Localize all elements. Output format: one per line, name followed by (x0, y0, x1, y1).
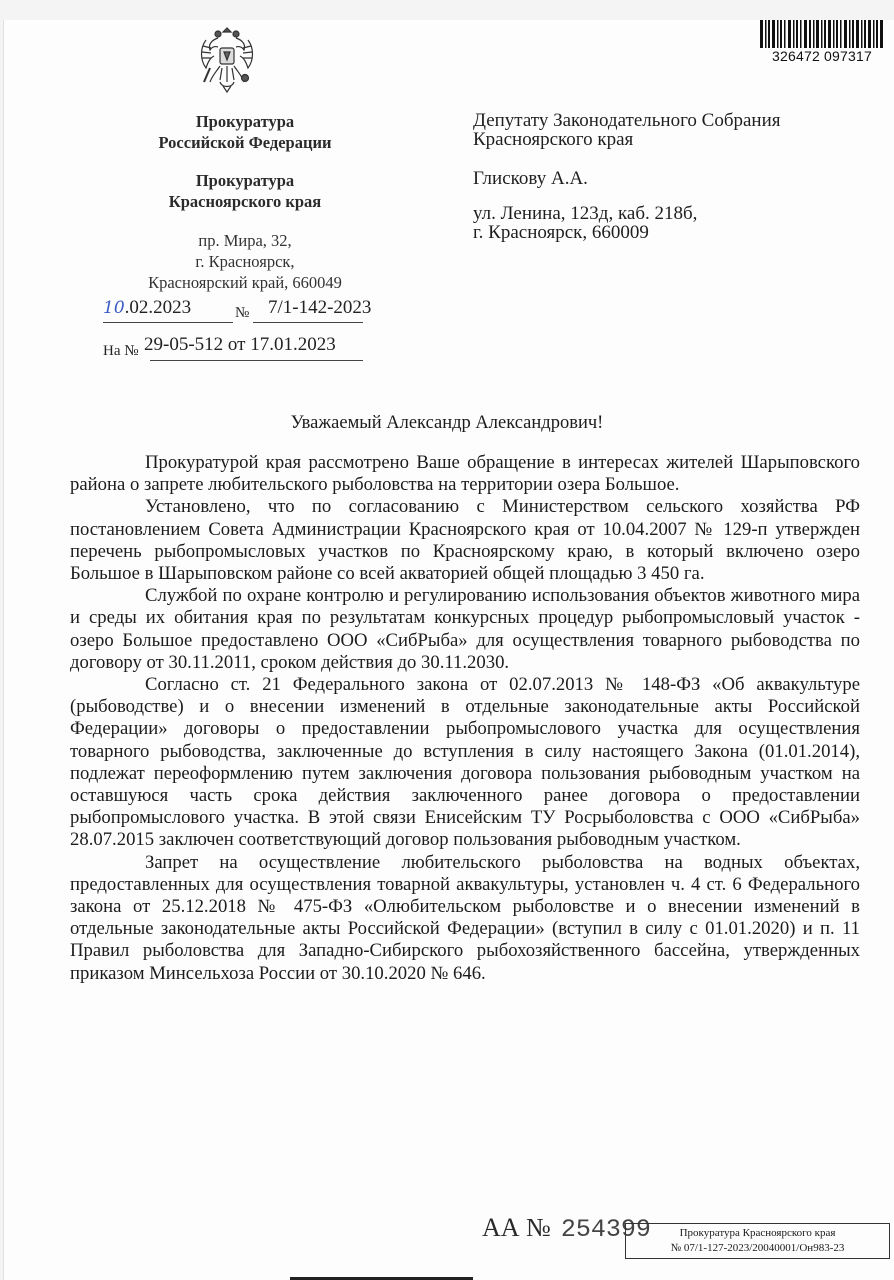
date-rest: .02.2023 (125, 297, 192, 318)
sender-org-line2: Российской Федерации (110, 132, 380, 153)
series-prefix: АА № (482, 1213, 551, 1242)
paragraph: Согласно ст. 21 Федерального закона от 0… (70, 674, 860, 852)
sender-address: пр. Мира, 32, г. Красноярск, Красноярски… (110, 230, 380, 293)
outgoing-date: 10.02.2023 (103, 297, 191, 319)
stamp-line1: Прокуратура Красноярского края (626, 1226, 889, 1241)
paragraph: Прокуратурой края рассмотрено Ваше обращ… (70, 452, 860, 496)
paragraph: Службой по охране контролю и регулирован… (70, 585, 860, 674)
paragraph: Запрет на осуществление любительского ры… (70, 852, 860, 985)
barcode-number: 326472 097317 (758, 48, 886, 64)
reply-label: На № (103, 343, 139, 360)
reply-underline (150, 360, 363, 361)
salutation: Уважаемый Александр Александрович! (0, 413, 894, 434)
handwritten-day: 10 (103, 298, 125, 318)
coat-of-arms-emblem-icon (198, 22, 256, 94)
recipient-address: ул. Ленина, 123д, каб. 218б, г. Краснояр… (473, 204, 873, 242)
sender-sub-line2: Красноярского края (110, 191, 380, 212)
number-label: № (235, 305, 249, 322)
sender-org: Прокуратура Российской Федерации (110, 111, 380, 153)
recipient-title: Депутату Законодательного Собрания Красн… (473, 111, 873, 149)
reply-reference: 29-05-512 от 17.01.2023 (144, 334, 336, 356)
outgoing-number: 7/1-142-2023 (268, 297, 371, 319)
recipient-title-line1: Депутату Законодательного Собрания (473, 111, 873, 130)
sender-org-line1: Прокуратура (110, 111, 380, 132)
letter-body: Прокуратурой края рассмотрено Ваше обращ… (70, 452, 860, 985)
sender-sub-line1: Прокуратура (110, 170, 380, 191)
number-underline (253, 322, 363, 323)
sender-address-line: пр. Мира, 32, (110, 230, 380, 251)
paragraph: Установлено, что по согласованию с Минис… (70, 496, 860, 585)
sender-address-line: Красноярский край, 660049 (110, 272, 380, 293)
recipient-address-line2: г. Красноярск, 660009 (473, 223, 873, 242)
recipient-title-line2: Красноярского края (473, 130, 873, 149)
recipient-name: Глискову А.А. (473, 169, 873, 188)
incoming-registration-stamp: Прокуратура Красноярского края № 07/1-12… (625, 1223, 890, 1259)
sender-sub-org: Прокуратура Красноярского края (110, 170, 380, 212)
stamp-line2: № 07/1-127-2023/20040001/Он983-23 (626, 1241, 889, 1256)
recipient-address-line1: ул. Ленина, 123д, каб. 218б, (473, 204, 873, 223)
date-underline (103, 322, 233, 323)
sender-address-line: г. Красноярск, (110, 251, 380, 272)
